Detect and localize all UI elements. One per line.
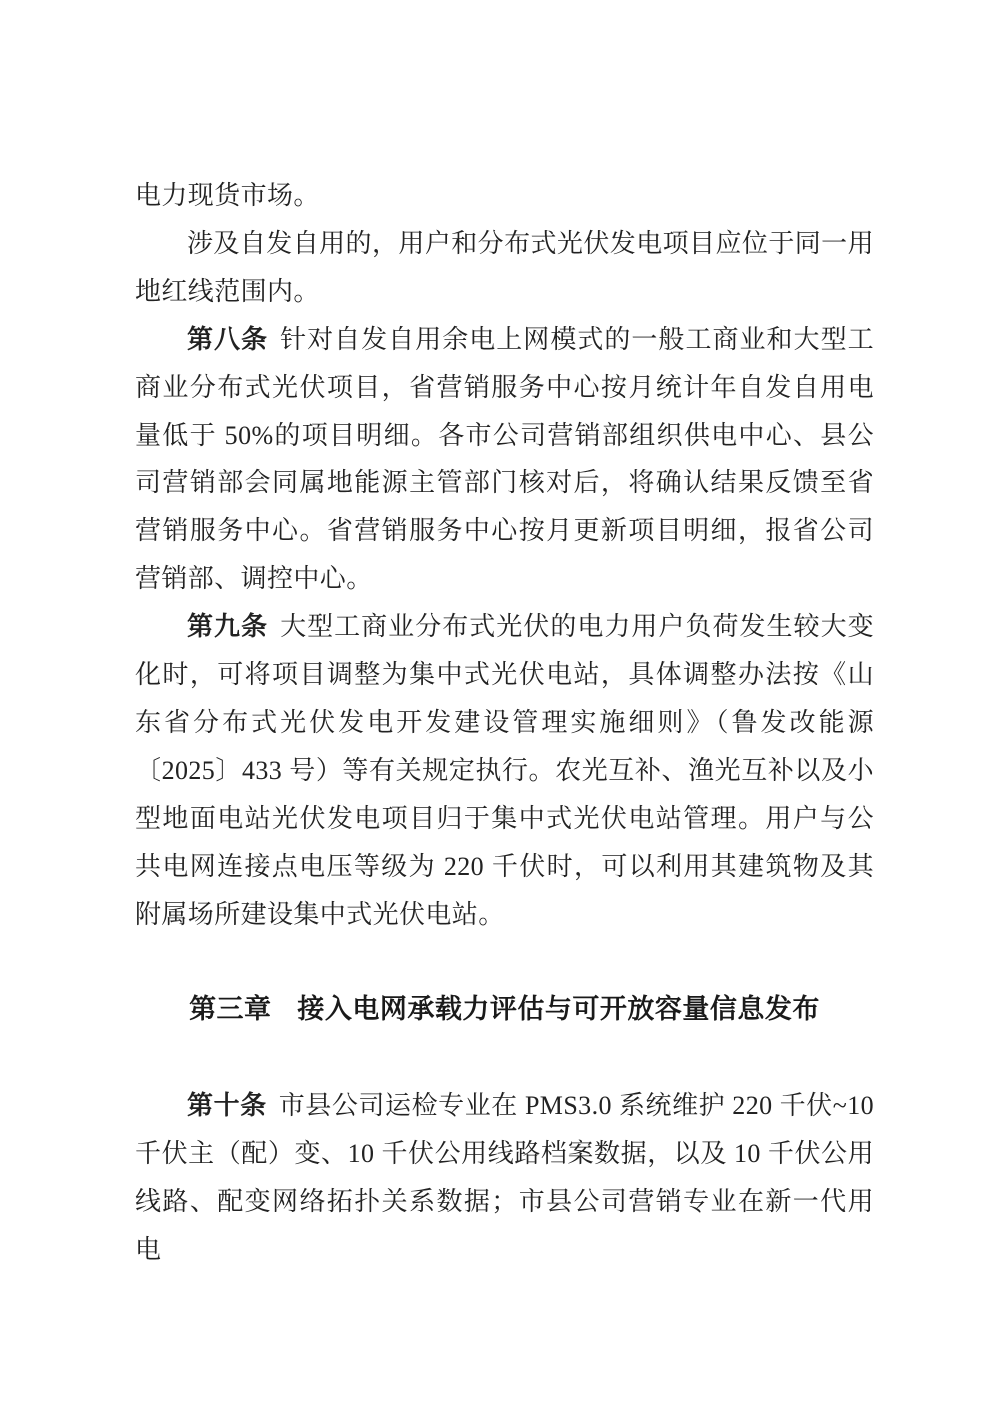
document-page: 电力现货市场。涉及自发自用的，用户和分布式光伏发电项目应位于同一用地红线范围内。…: [0, 0, 992, 1403]
paragraph-text: 涉及自发自用的，用户和分布式光伏发电项目应位于同一用地红线范围内。: [135, 229, 874, 306]
paragraph: 第八条针对自发自用余电上网模式的一般工商业和大型工商业分布式光伏项目，省营销服务…: [135, 316, 874, 603]
article-number: 第十条: [187, 1090, 267, 1120]
paragraph-text: 针对自发自用余电上网模式的一般工商业和大型工商业分布式光伏项目，省营销服务中心按…: [135, 325, 874, 594]
chapter-heading: 第三章接入电网承载力评估与可开放容量信息发布: [135, 986, 874, 1034]
paragraph-text: 电力现货市场。: [135, 181, 320, 210]
paragraph: 电力现货市场。: [135, 172, 874, 220]
document-content: 电力现货市场。涉及自发自用的，用户和分布式光伏发电项目应位于同一用地红线范围内。…: [135, 172, 874, 1274]
paragraph-text: 大型工商业分布式光伏的电力用户负荷发生较大变化时，可将项目调整为集中式光伏电站，…: [135, 612, 874, 928]
paragraph: 第十条市县公司运检专业在 PMS3.0 系统维护 220 千伏~10 千伏主（配…: [135, 1082, 874, 1274]
article-number: 第九条: [187, 611, 268, 641]
paragraph: 第九条大型工商业分布式光伏的电力用户负荷发生较大变化时，可将项目调整为集中式光伏…: [135, 603, 874, 938]
chapter-number: 第三章: [189, 994, 271, 1024]
article-number: 第八条: [187, 324, 268, 354]
paragraph-text: 接入电网承载力评估与可开放容量信息发布: [297, 994, 820, 1024]
paragraph: 涉及自发自用的，用户和分布式光伏发电项目应位于同一用地红线范围内。: [135, 220, 874, 316]
